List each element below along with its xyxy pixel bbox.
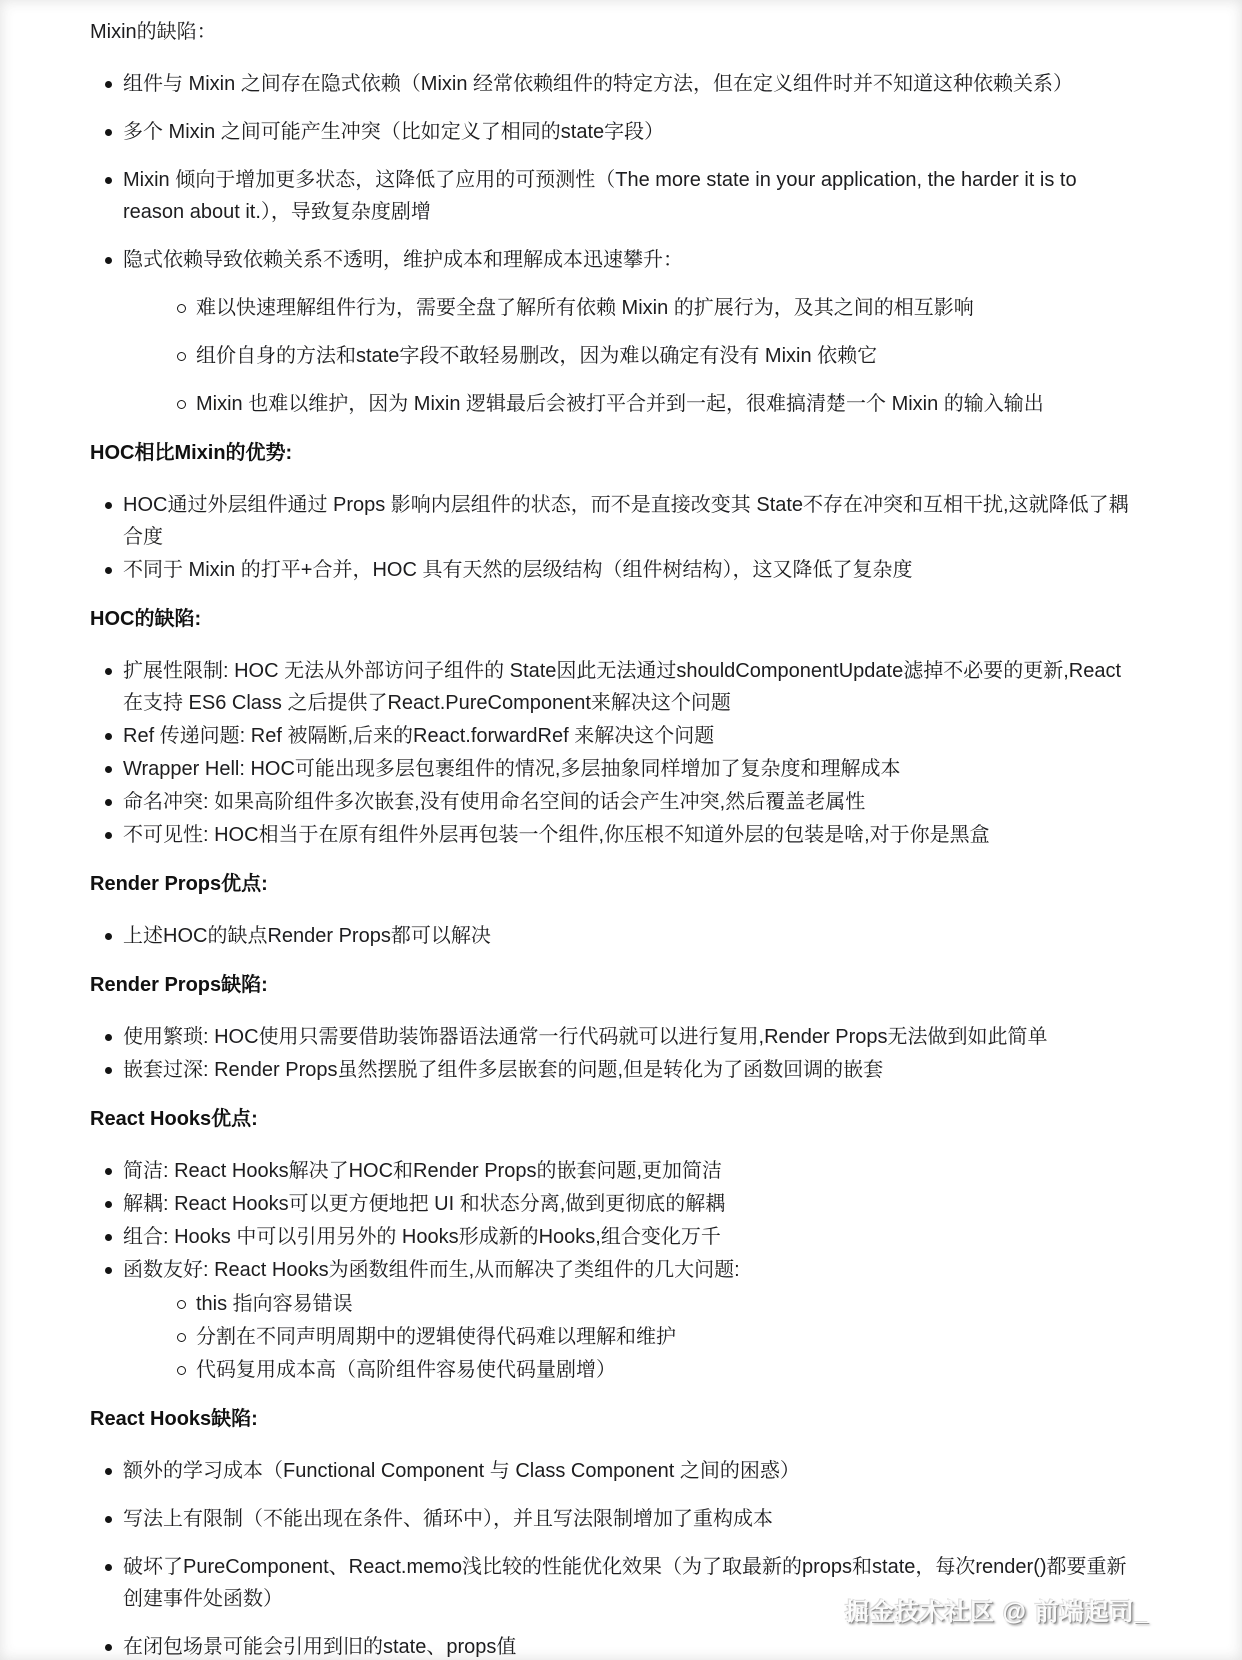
- bullet-marker-icon: [105, 1516, 112, 1523]
- bullet-text: 解耦: React Hooks可以更方便地把 UI 和状态分离,做到更彻底的解耦: [123, 1193, 725, 1215]
- section-heading: React Hooks优点:: [90, 1103, 1134, 1135]
- bullet-text: 组件与 Mixin 之间存在隐式依赖（Mixin 经常依赖组件的特定方法，但在定…: [123, 73, 1073, 95]
- bullet-text: 命名冲突: 如果高阶组件多次嵌套,没有使用命名空间的话会产生冲突,然后覆盖老属性: [123, 791, 865, 813]
- sub-bullet-item: 代码复用成本高（高阶组件容易使代码量剧增）: [163, 1354, 1134, 1386]
- bullet-item: 组合: Hooks 中可以引用另外的 Hooks形成新的Hooks,组合变化万千: [90, 1221, 1134, 1253]
- bullet-marker-icon: [105, 1168, 112, 1175]
- document-content: Mixin的缺陷：组件与 Mixin 之间存在隐式依赖（Mixin 经常依赖组件…: [0, 0, 1242, 1660]
- bullet-text: 上述HOC的缺点Render Props都可以解决: [123, 925, 491, 947]
- bullet-item: 扩展性限制: HOC 无法从外部访问子组件的 State因此无法通过should…: [90, 655, 1134, 719]
- section-heading: React Hooks缺陷:: [90, 1403, 1134, 1435]
- bullet-text: 使用繁琐: HOC使用只需要借助装饰器语法通常一行代码就可以进行复用,Rende…: [123, 1026, 1048, 1048]
- bullet-item: 额外的学习成本（Functional Component 与 Class Com…: [90, 1455, 1134, 1487]
- bullet-marker-icon: [105, 1067, 112, 1074]
- bullet-item: 不可见性: HOC相当于在原有组件外层再包装一个组件,你压根不知道外层的包装是啥…: [90, 819, 1134, 851]
- bullet-marker-icon: [105, 1644, 112, 1651]
- sub-bullet-marker-icon: [177, 1300, 186, 1309]
- bullet-text: 函数友好: React Hooks为函数组件而生,从而解决了类组件的几大问题:: [123, 1259, 740, 1281]
- bullet-text: 简洁: React Hooks解决了HOC和Render Props的嵌套问题,…: [123, 1160, 722, 1182]
- bullet-marker-icon: [105, 81, 112, 88]
- sub-bullet-marker-icon: [177, 1366, 186, 1375]
- bullet-marker-icon: [105, 567, 112, 574]
- bullet-marker-icon: [105, 1267, 112, 1274]
- bullet-marker-icon: [105, 832, 112, 839]
- bullet-item: 命名冲突: 如果高阶组件多次嵌套,没有使用命名空间的话会产生冲突,然后覆盖老属性: [90, 786, 1134, 818]
- bullet-item: Ref 传递问题: Ref 被隔断,后来的React.forwardRef 来解…: [90, 720, 1134, 752]
- bullet-text: 扩展性限制: HOC 无法从外部访问子组件的 State因此无法通过should…: [123, 660, 1121, 714]
- sub-bullet-item: 难以快速理解组件行为，需要全盘了解所有依赖 Mixin 的扩展行为，及其之间的相…: [163, 292, 1134, 324]
- bullet-item: 多个 Mixin 之间可能产生冲突（比如定义了相同的state字段）: [90, 116, 1134, 148]
- sub-bullet-item: 组价自身的方法和state字段不敢轻易删改，因为难以确定有没有 Mixin 依赖…: [163, 340, 1134, 372]
- bullet-list: 组件与 Mixin 之间存在隐式依赖（Mixin 经常依赖组件的特定方法，但在定…: [90, 68, 1134, 420]
- bullet-item: 嵌套过深: Render Props虽然摆脱了组件多层嵌套的问题,但是转化为了函…: [90, 1054, 1134, 1086]
- sub-bullet-item: 分割在不同声明周期中的逻辑使得代码难以理解和维护: [163, 1321, 1134, 1353]
- sub-bullet-item: Mixin 也难以维护，因为 Mixin 逻辑最后会被打平合并到一起，很难搞清楚…: [163, 388, 1134, 420]
- sub-bullet-marker-icon: [177, 400, 186, 409]
- sub-bullet-text: 分割在不同声明周期中的逻辑使得代码难以理解和维护: [196, 1326, 676, 1348]
- section-heading: HOC的缺陷:: [90, 603, 1134, 635]
- bullet-marker-icon: [105, 933, 112, 940]
- bullet-marker-icon: [105, 1468, 112, 1475]
- bullet-marker-icon: [105, 766, 112, 773]
- bullet-item: 组件与 Mixin 之间存在隐式依赖（Mixin 经常依赖组件的特定方法，但在定…: [90, 68, 1134, 100]
- section-heading: Render Props优点:: [90, 868, 1134, 900]
- section-heading: Render Props缺陷:: [90, 969, 1134, 1001]
- bullet-item: 写法上有限制（不能出现在条件、循环中），并且写法限制增加了重构成本: [90, 1503, 1134, 1535]
- bullet-text: 隐式依赖导致依赖关系不透明，维护成本和理解成本迅速攀升：: [123, 249, 683, 271]
- bullet-text: HOC通过外层组件通过 Props 影响内层组件的状态，而不是直接改变其 Sta…: [123, 494, 1129, 548]
- bullet-text: 多个 Mixin 之间可能产生冲突（比如定义了相同的state字段）: [123, 121, 664, 143]
- bullet-item: 上述HOC的缺点Render Props都可以解决: [90, 920, 1134, 952]
- document-page: Mixin的缺陷：组件与 Mixin 之间存在隐式依赖（Mixin 经常依赖组件…: [0, 0, 1242, 1660]
- section-heading: Mixin的缺陷：: [90, 16, 1134, 48]
- bullet-list: 额外的学习成本（Functional Component 与 Class Com…: [90, 1455, 1134, 1660]
- bullet-marker-icon: [105, 1564, 112, 1571]
- sub-bullet-marker-icon: [177, 1333, 186, 1342]
- bullet-text: 不同于 Mixin 的打平+合并，HOC 具有天然的层级结构（组件树结构），这又…: [123, 559, 912, 581]
- bullet-item: HOC通过外层组件通过 Props 影响内层组件的状态，而不是直接改变其 Sta…: [90, 489, 1134, 553]
- bullet-text: 不可见性: HOC相当于在原有组件外层再包装一个组件,你压根不知道外层的包装是啥…: [123, 824, 990, 846]
- bullet-text: 额外的学习成本（Functional Component 与 Class Com…: [123, 1460, 800, 1482]
- bullet-item: Mixin 倾向于增加更多状态，这降低了应用的可预测性（The more sta…: [90, 164, 1134, 228]
- sub-bullet-text: 代码复用成本高（高阶组件容易使代码量剧增）: [196, 1359, 616, 1381]
- bullet-marker-icon: [105, 1201, 112, 1208]
- bullet-item: Wrapper Hell: HOC可能出现多层包裹组件的情况,多层抽象同样增加了…: [90, 753, 1134, 785]
- bullet-marker-icon: [105, 502, 112, 509]
- sub-bullet-marker-icon: [177, 352, 186, 361]
- sub-bullet-item: this 指向容易错误: [163, 1288, 1134, 1320]
- bullet-marker-icon: [105, 1234, 112, 1241]
- bullet-list: 扩展性限制: HOC 无法从外部访问子组件的 State因此无法通过should…: [90, 655, 1134, 851]
- bullet-marker-icon: [105, 799, 112, 806]
- bullet-list: 简洁: React Hooks解决了HOC和Render Props的嵌套问题,…: [90, 1155, 1134, 1386]
- sub-bullet-marker-icon: [177, 304, 186, 313]
- bullet-marker-icon: [105, 668, 112, 675]
- bullet-item: 使用繁琐: HOC使用只需要借助装饰器语法通常一行代码就可以进行复用,Rende…: [90, 1021, 1134, 1053]
- bullet-item: 简洁: React Hooks解决了HOC和Render Props的嵌套问题,…: [90, 1155, 1134, 1187]
- bullet-list: HOC通过外层组件通过 Props 影响内层组件的状态，而不是直接改变其 Sta…: [90, 489, 1134, 586]
- bullet-item: 函数友好: React Hooks为函数组件而生,从而解决了类组件的几大问题:t…: [90, 1254, 1134, 1386]
- sub-bullet-text: 组价自身的方法和state字段不敢轻易删改，因为难以确定有没有 Mixin 依赖…: [196, 345, 877, 367]
- sub-bullet-list: 难以快速理解组件行为，需要全盘了解所有依赖 Mixin 的扩展行为，及其之间的相…: [163, 292, 1134, 420]
- watermark: 掘金技术社区 @ 前端起司_: [845, 1592, 1149, 1627]
- bullet-marker-icon: [105, 129, 112, 136]
- bullet-item: 在闭包场景可能会引用到旧的state、props值: [90, 1631, 1134, 1660]
- bullet-text: 嵌套过深: Render Props虽然摆脱了组件多层嵌套的问题,但是转化为了函…: [123, 1059, 883, 1081]
- bullet-marker-icon: [105, 257, 112, 264]
- bullet-text: Mixin 倾向于增加更多状态，这降低了应用的可预测性（The more sta…: [123, 169, 1077, 223]
- bullet-marker-icon: [105, 177, 112, 184]
- bullet-text: 组合: Hooks 中可以引用另外的 Hooks形成新的Hooks,组合变化万千: [123, 1226, 721, 1248]
- bullet-list: 使用繁琐: HOC使用只需要借助装饰器语法通常一行代码就可以进行复用,Rende…: [90, 1021, 1134, 1086]
- sub-bullet-text: 难以快速理解组件行为，需要全盘了解所有依赖 Mixin 的扩展行为，及其之间的相…: [196, 297, 974, 319]
- bullet-item: 不同于 Mixin 的打平+合并，HOC 具有天然的层级结构（组件树结构），这又…: [90, 554, 1134, 586]
- sub-bullet-text: this 指向容易错误: [196, 1293, 353, 1315]
- bullet-text: Ref 传递问题: Ref 被隔断,后来的React.forwardRef 来解…: [123, 725, 714, 747]
- section-heading: HOC相比Mixin的优势:: [90, 437, 1134, 469]
- bullet-marker-icon: [105, 1034, 112, 1041]
- bullet-text: 写法上有限制（不能出现在条件、循环中），并且写法限制增加了重构成本: [123, 1508, 773, 1530]
- bullet-list: 上述HOC的缺点Render Props都可以解决: [90, 920, 1134, 952]
- bullet-item: 解耦: React Hooks可以更方便地把 UI 和状态分离,做到更彻底的解耦: [90, 1188, 1134, 1220]
- sub-bullet-text: Mixin 也难以维护，因为 Mixin 逻辑最后会被打平合并到一起，很难搞清楚…: [196, 393, 1044, 415]
- bullet-text: 在闭包场景可能会引用到旧的state、props值: [123, 1636, 516, 1658]
- sub-bullet-list: this 指向容易错误分割在不同声明周期中的逻辑使得代码难以理解和维护代码复用成…: [163, 1288, 1134, 1386]
- bullet-marker-icon: [105, 733, 112, 740]
- bullet-text: Wrapper Hell: HOC可能出现多层包裹组件的情况,多层抽象同样增加了…: [123, 758, 900, 780]
- bullet-item: 隐式依赖导致依赖关系不透明，维护成本和理解成本迅速攀升：难以快速理解组件行为，需…: [90, 244, 1134, 420]
